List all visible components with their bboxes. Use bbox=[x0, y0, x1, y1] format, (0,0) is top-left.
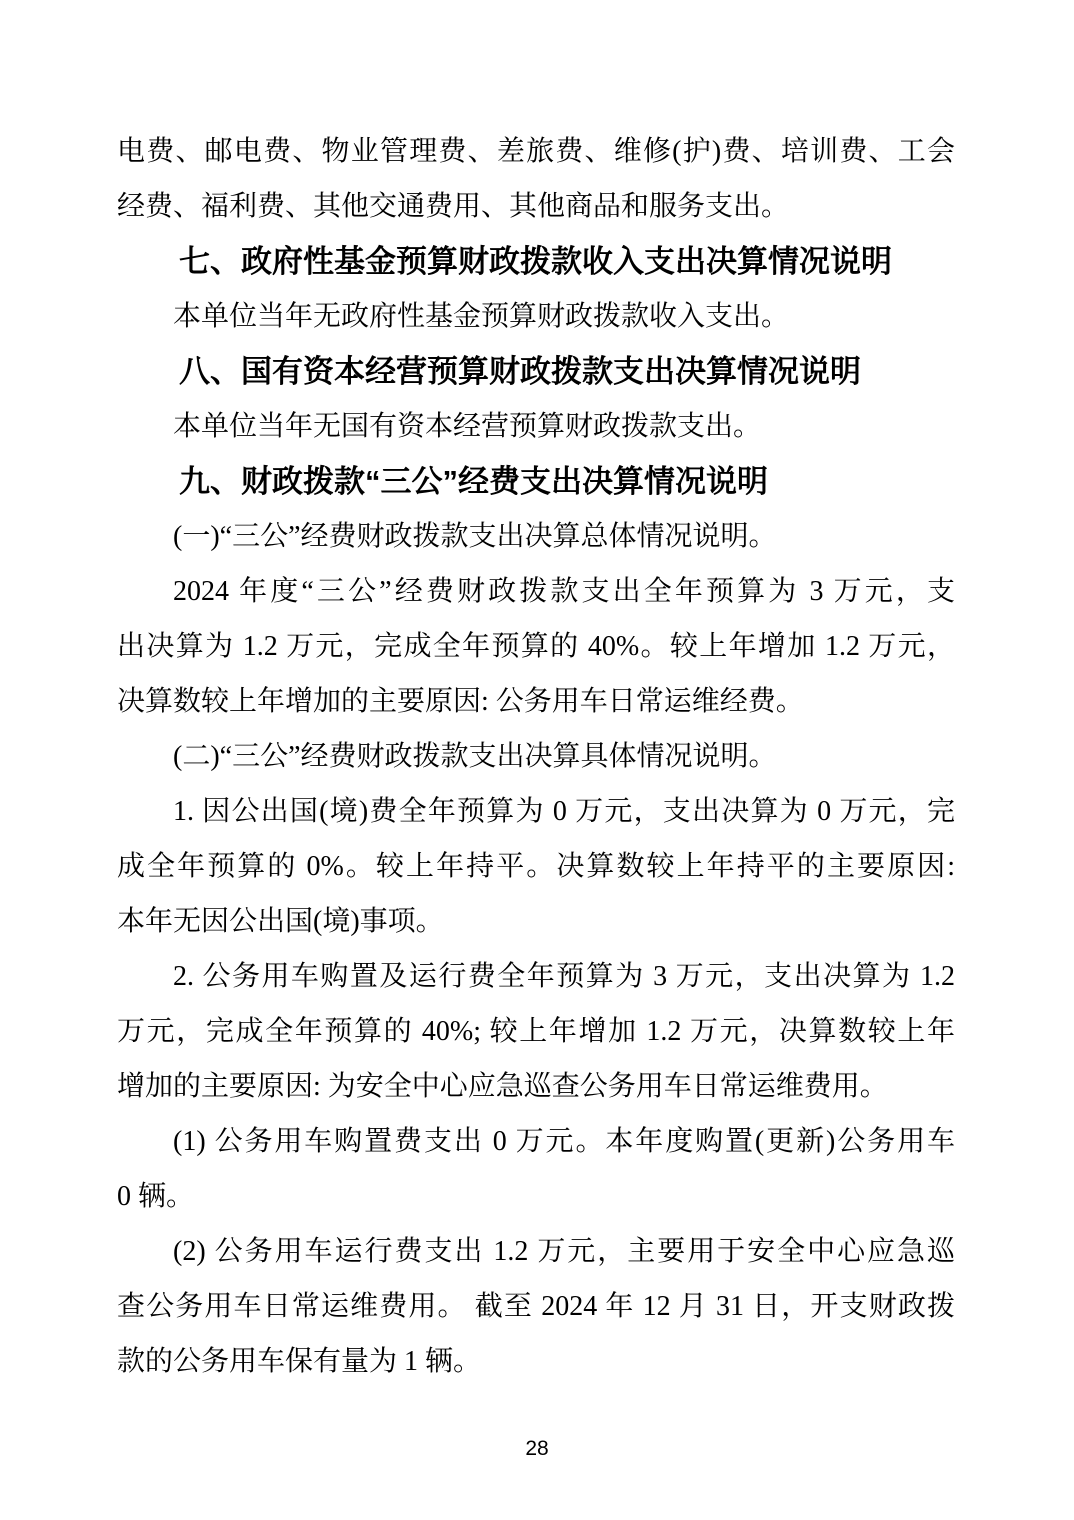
section-heading: 八、国有资本经营预算财政拨款支出决算情况说明 bbox=[117, 344, 955, 399]
text-line: 1. 因公出国(境)费全年预算为 0 万元，支出决算为 0 万元，完 bbox=[117, 784, 955, 839]
text-line: (1) 公务用车购置费支出 0 万元。本年度购置(更新)公务用车 bbox=[117, 1114, 955, 1169]
text-line: 经费、福利费、其他交通费用、其他商品和服务支出。 bbox=[117, 179, 955, 234]
text-line: 本单位当年无国有资本经营预算财政拨款支出。 bbox=[117, 399, 955, 454]
text-line: 出决算为 1.2 万元，完成全年预算的 40%。较上年增加 1.2 万元， bbox=[117, 619, 955, 674]
text-line: 查公务用车日常运维费用。 截至 2024 年 12 月 31 日，开支财政拨 bbox=[117, 1279, 955, 1334]
page-number: 28 bbox=[0, 1437, 1074, 1461]
section-heading: 九、财政拨款“三公”经费支出决算情况说明 bbox=[117, 454, 955, 509]
document-page: 电费、邮电费、物业管理费、差旅费、维修(护)费、培训费、工会 经费、福利费、其他… bbox=[0, 0, 1074, 1520]
section-heading: 七、政府性基金预算财政拨款收入支出决算情况说明 bbox=[117, 234, 955, 289]
text-line: 电费、邮电费、物业管理费、差旅费、维修(护)费、培训费、工会 bbox=[117, 124, 955, 179]
text-line: 0 辆。 bbox=[117, 1169, 955, 1224]
text-line: 2. 公务用车购置及运行费全年预算为 3 万元，支出决算为 1.2 bbox=[117, 949, 955, 1004]
document-body: 电费、邮电费、物业管理费、差旅费、维修(护)费、培训费、工会 经费、福利费、其他… bbox=[117, 124, 955, 1389]
text-line: 2024 年度“三公”经费财政拨款支出全年预算为 3 万元，支 bbox=[117, 564, 955, 619]
text-line: 本年无因公出国(境)事项。 bbox=[117, 894, 955, 949]
text-line: 决算数较上年增加的主要原因: 公务用车日常运维经费。 bbox=[117, 674, 955, 729]
text-line: (一)“三公”经费财政拨款支出决算总体情况说明。 bbox=[117, 509, 955, 564]
text-line: 增加的主要原因: 为安全中心应急巡查公务用车日常运维费用。 bbox=[117, 1059, 955, 1114]
text-line: (二)“三公”经费财政拨款支出决算具体情况说明。 bbox=[117, 729, 955, 784]
text-line: 款的公务用车保有量为 1 辆。 bbox=[117, 1334, 955, 1389]
text-line: (2) 公务用车运行费支出 1.2 万元，主要用于安全中心应急巡 bbox=[117, 1224, 955, 1279]
text-line: 本单位当年无政府性基金预算财政拨款收入支出。 bbox=[117, 289, 955, 344]
text-line: 成全年预算的 0%。较上年持平。决算数较上年持平的主要原因: bbox=[117, 839, 955, 894]
text-line: 万元，完成全年预算的 40%; 较上年增加 1.2 万元，决算数较上年 bbox=[117, 1004, 955, 1059]
